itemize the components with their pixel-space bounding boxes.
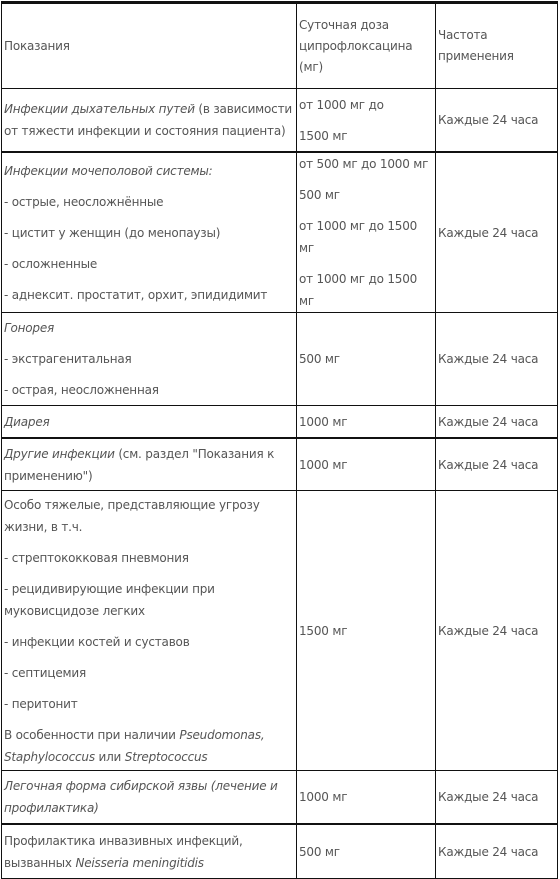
dose-line: 1500 мг	[299, 125, 435, 147]
indication-sub-item: - перитонит	[4, 693, 296, 715]
indication-cell: Инфекции мочеполовой системы: - острые, …	[2, 152, 297, 313]
note-prefix: В особенности при наличии	[4, 728, 179, 742]
indication-text: Инфекции дыхательных путей (в зависимост…	[4, 98, 296, 142]
dose-cell: от 1000 мг до 1500 мг	[297, 89, 436, 153]
header-frequency-line-2: применения	[438, 46, 557, 67]
header-indications: Показания	[2, 3, 297, 89]
indication-title: Диарея	[4, 415, 50, 429]
indication-sub-item: - рецидивирующие инфекции при муковисцид…	[4, 578, 296, 622]
table-row: Инфекции дыхательных путей (в зависимост…	[2, 89, 558, 153]
header-frequency: Частота применения	[436, 3, 558, 89]
header-dose-line-3: (мг)	[299, 57, 435, 78]
indication-text: Профилактика инвазивных инфекций, вызван…	[4, 830, 296, 874]
frequency-text: Каждые 24 часа	[438, 454, 557, 476]
frequency-cell: Каждые 24 часа	[436, 824, 558, 879]
dose-text: 1000 мг	[299, 454, 435, 476]
indication-sub-item: - экстрагенитальная	[4, 348, 296, 370]
organism-name: Staphylococcus	[4, 750, 95, 764]
organism-name: Streptococcus	[125, 750, 208, 764]
indication-sub-item: - аднексит. простатит, орхит, эпидидимит	[4, 284, 296, 306]
table-row: Другие инфекции (см. раздел "Показания к…	[2, 438, 558, 491]
dose-line: от 1000 мг до	[299, 94, 435, 116]
table-row: Диарея 1000 мг Каждые 24 часа	[2, 406, 558, 439]
table-row: Гонорея - экстрагенитальная - острая, не…	[2, 313, 558, 406]
indication-sub-item: - инфекции костей и суставов	[4, 631, 296, 653]
frequency-cell: Каждые 24 часа	[436, 406, 558, 439]
frequency-cell: Каждые 24 часа	[436, 89, 558, 153]
dose-line: от 1000 мг до 1500 мг	[299, 215, 435, 259]
indication-cell: Гонорея - экстрагенитальная - острая, не…	[2, 313, 297, 406]
organism-note: В особенности при наличии Pseudomonas,St…	[4, 724, 296, 768]
frequency-cell: Каждые 24 часа	[436, 313, 558, 406]
indication-italic: Neisseria meningitidis	[75, 856, 203, 870]
indication-cell: Особо тяжелые, представляющие угрозу жиз…	[2, 491, 297, 771]
dose-cell: 500 мг	[297, 824, 436, 879]
frequency-text: Каждые 24 часа	[438, 348, 557, 370]
indication-sub-item: - острые, неосложнённые	[4, 191, 296, 213]
indication-text: Другие инфекции (см. раздел "Показания к…	[4, 443, 296, 487]
header-daily-dose: Суточная доза ципрофлоксацина (мг)	[297, 3, 436, 89]
dose-cell: 1000 мг	[297, 771, 436, 825]
dose-cell: 1500 мг	[297, 491, 436, 771]
dosage-table: Показания Суточная доза ципрофлоксацина …	[1, 1, 558, 879]
frequency-cell: Каждые 24 часа	[436, 438, 558, 491]
frequency-cell: Каждые 24 часа	[436, 152, 558, 313]
dose-text: 1000 мг	[299, 411, 435, 433]
indication-cell: Инфекции дыхательных путей (в зависимост…	[2, 89, 297, 153]
header-dose-line-2: ципрофлоксацина	[299, 36, 435, 57]
frequency-text: Каждые 24 часа	[438, 109, 557, 131]
indication-sub-item: - септицемия	[4, 662, 296, 684]
indication-cell: Легочная форма сибирской язвы (лечение и…	[2, 771, 297, 825]
frequency-cell: Каждые 24 часа	[436, 771, 558, 825]
table-row: Инфекции мочеполовой системы: - острые, …	[2, 152, 558, 313]
indication-sub-item: - стрептококковая пневмония	[4, 547, 296, 569]
dose-cell: 500 мг	[297, 313, 436, 406]
frequency-text: Каждые 24 часа	[438, 841, 557, 863]
indication-title: Гонорея	[4, 321, 54, 335]
frequency-text: Каждые 24 часа	[438, 786, 557, 808]
frequency-text: Каждые 24 часа	[438, 411, 557, 433]
table-header-row: Показания Суточная доза ципрофлоксацина …	[2, 3, 558, 89]
header-frequency-line-1: Частота	[438, 25, 557, 46]
indication-sub-item: - цистит у женщин (до менопаузы)	[4, 222, 296, 244]
indication-cell: Диарея	[2, 406, 297, 439]
frequency-cell: Каждые 24 часа	[436, 491, 558, 771]
indication-cell: Другие инфекции (см. раздел "Показания к…	[2, 438, 297, 491]
dose-line: 500 мг	[299, 184, 435, 206]
indication-sub-item: - осложненные	[4, 253, 296, 275]
dose-line: от 1000 мг до 1500 мг	[299, 268, 435, 312]
table-row: Легочная форма сибирской язвы (лечение и…	[2, 771, 558, 825]
dose-cell: 1000 мг	[297, 438, 436, 491]
table-row: Профилактика инвазивных инфекций, вызван…	[2, 824, 558, 879]
organism-name: Pseudomonas,	[179, 728, 264, 742]
indication-cell: Профилактика инвазивных инфекций, вызван…	[2, 824, 297, 879]
indication-sub-item: - острая, неосложненная	[4, 379, 296, 401]
indication-title: Инфекции мочеполовой системы:	[4, 164, 213, 178]
indication-title: Легочная форма сибирской язвы (лечение и…	[4, 779, 278, 815]
header-dose-line-1: Суточная доза	[299, 15, 435, 36]
dose-cell: от 500 мг до 1000 мг 500 мг от 1000 мг д…	[297, 152, 436, 313]
header-indications-label: Показания	[4, 36, 296, 57]
dose-cell: 1000 мг	[297, 406, 436, 439]
frequency-text: Каждые 24 часа	[438, 222, 557, 244]
indication-italic: Другие инфекции	[4, 447, 115, 461]
note-joiner: или	[95, 750, 125, 764]
dose-text: 1000 мг	[299, 786, 435, 808]
dose-text: 1500 мг	[299, 620, 435, 642]
dose-line: от 500 мг до 1000 мг	[299, 153, 435, 175]
frequency-text: Каждые 24 часа	[438, 620, 557, 642]
table-row: Особо тяжелые, представляющие угрозу жиз…	[2, 491, 558, 771]
dose-text: 500 мг	[299, 348, 435, 370]
indication-italic: Инфекции дыхательных путей	[4, 102, 195, 116]
indication-title: Особо тяжелые, представляющие угрозу жиз…	[4, 494, 296, 538]
dose-text: 500 мг	[299, 841, 435, 863]
